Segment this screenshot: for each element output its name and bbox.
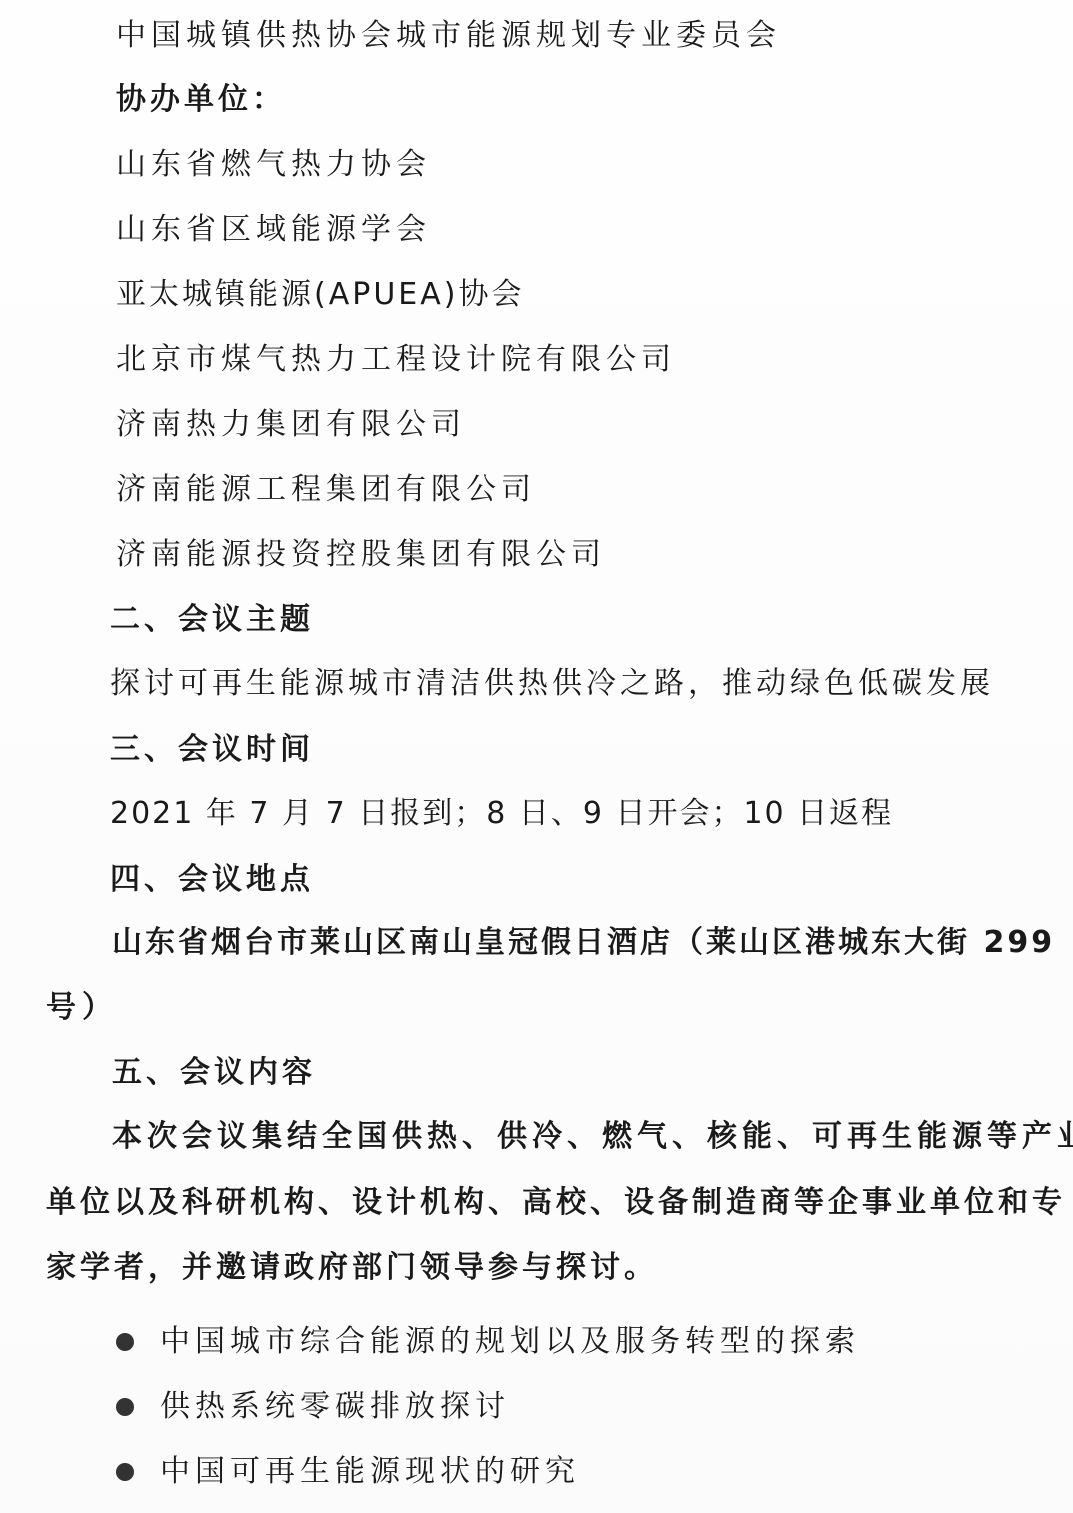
co-organizer-item: 济南热力集团有限公司 [116, 405, 466, 445]
section-heading-theme: 二、会议主题 [110, 600, 314, 640]
theme-text: 探讨可再生能源城市清洁供热供冷之路，推动绿色低碳发展 [110, 664, 994, 704]
section-heading-content: 五、会议内容 [112, 1053, 316, 1093]
bullet-dot-icon [116, 1398, 134, 1416]
content-paragraph-line2: 单位以及科研机构、设计机构、高校、设备制造商等企事业单位和专 [46, 1183, 1066, 1223]
co-organizer-item: 济南能源工程集团有限公司 [116, 470, 536, 510]
bullet-text: 中国可再生能源现状的研究 [160, 1452, 580, 1492]
co-organizer-item: 山东省燃气热力协会 [116, 145, 431, 185]
location-text-line1: 山东省烟台市莱山区南山皇冠假日酒店（莱山区港城东大街 299 [112, 923, 1055, 963]
bullet-text: 供热系统零碳排放探讨 [160, 1387, 510, 1427]
co-organizer-item: 济南能源投资控股集团有限公司 [116, 535, 606, 575]
bullet-dot-icon [116, 1463, 134, 1481]
bullet-item: 中国可再生能源现状的研究 [112, 1452, 580, 1492]
co-organizer-item: 山东省区域能源学会 [116, 210, 431, 250]
bullet-item: 供热系统零碳排放探讨 [112, 1387, 510, 1427]
content-paragraph-line1: 本次会议集结全国供热、供冷、燃气、核能、可再生能源等产业 [112, 1117, 1073, 1157]
document-page: 中国城镇供热协会城市能源规划专业委员会 协办单位： 山东省燃气热力协会 山东省区… [0, 0, 1073, 1513]
content-paragraph-line3: 家学者，并邀请政府部门领导参与探讨。 [46, 1248, 658, 1288]
bullet-item: 中国城市综合能源的规划以及服务转型的探索 [112, 1322, 860, 1362]
co-organizer-item: 亚太城镇能源(APUEA)协会 [116, 275, 524, 315]
time-text: 2021 年 7 月 7 日报到；8 日、9 日开会；10 日返程 [110, 794, 893, 834]
section-heading-location: 四、会议地点 [110, 860, 314, 900]
location-text-line2: 号） [46, 988, 118, 1028]
organizer-name: 中国城镇供热协会城市能源规划专业委员会 [116, 16, 781, 56]
co-organizers-label: 协办单位： [116, 80, 286, 120]
bullet-text: 中国城市综合能源的规划以及服务转型的探索 [160, 1322, 860, 1362]
bullet-dot-icon [116, 1333, 134, 1351]
co-organizer-item: 北京市煤气热力工程设计院有限公司 [116, 340, 676, 380]
section-heading-time: 三、会议时间 [110, 730, 314, 770]
